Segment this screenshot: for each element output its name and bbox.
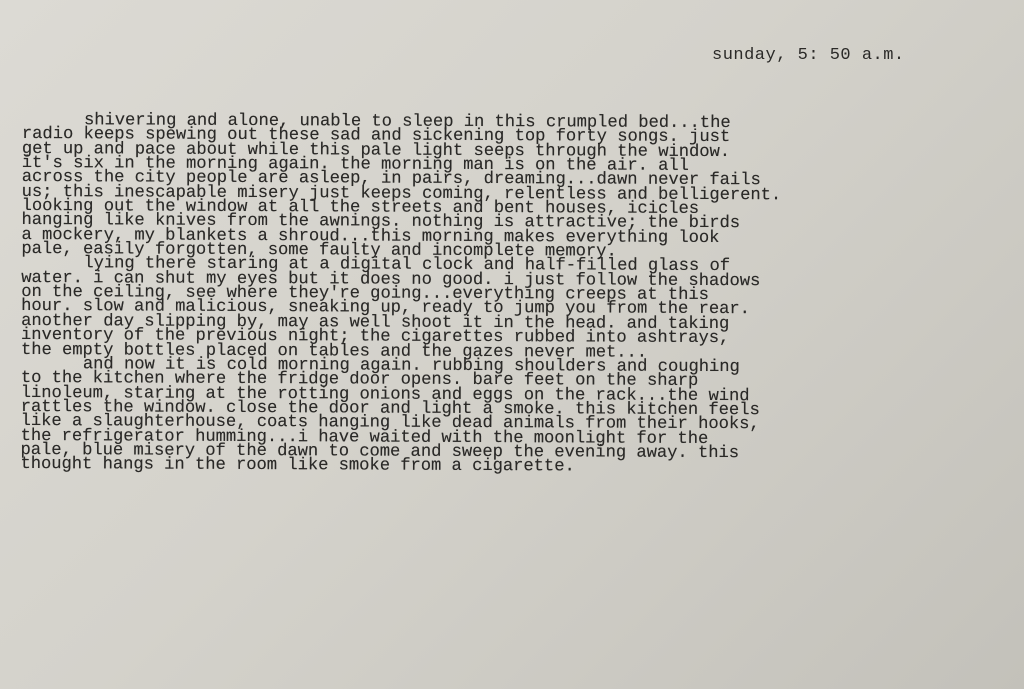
paragraph-2: lying there staring at a digital clock a… — [21, 257, 1016, 362]
text-line: thought hangs in the room like smoke fro… — [20, 458, 1015, 477]
typewritten-page: sunday, 5: 50 a.m. shivering and alone, … — [0, 0, 1024, 689]
dateline: sunday, 5: 50 a.m. — [712, 46, 905, 65]
paragraph-3: and now it is cold morning again. rubbin… — [20, 358, 1015, 477]
body-text: shivering and alone, unable to sleep in … — [20, 114, 1017, 477]
paragraph-1: shivering and alone, unable to sleep in … — [21, 114, 1017, 262]
